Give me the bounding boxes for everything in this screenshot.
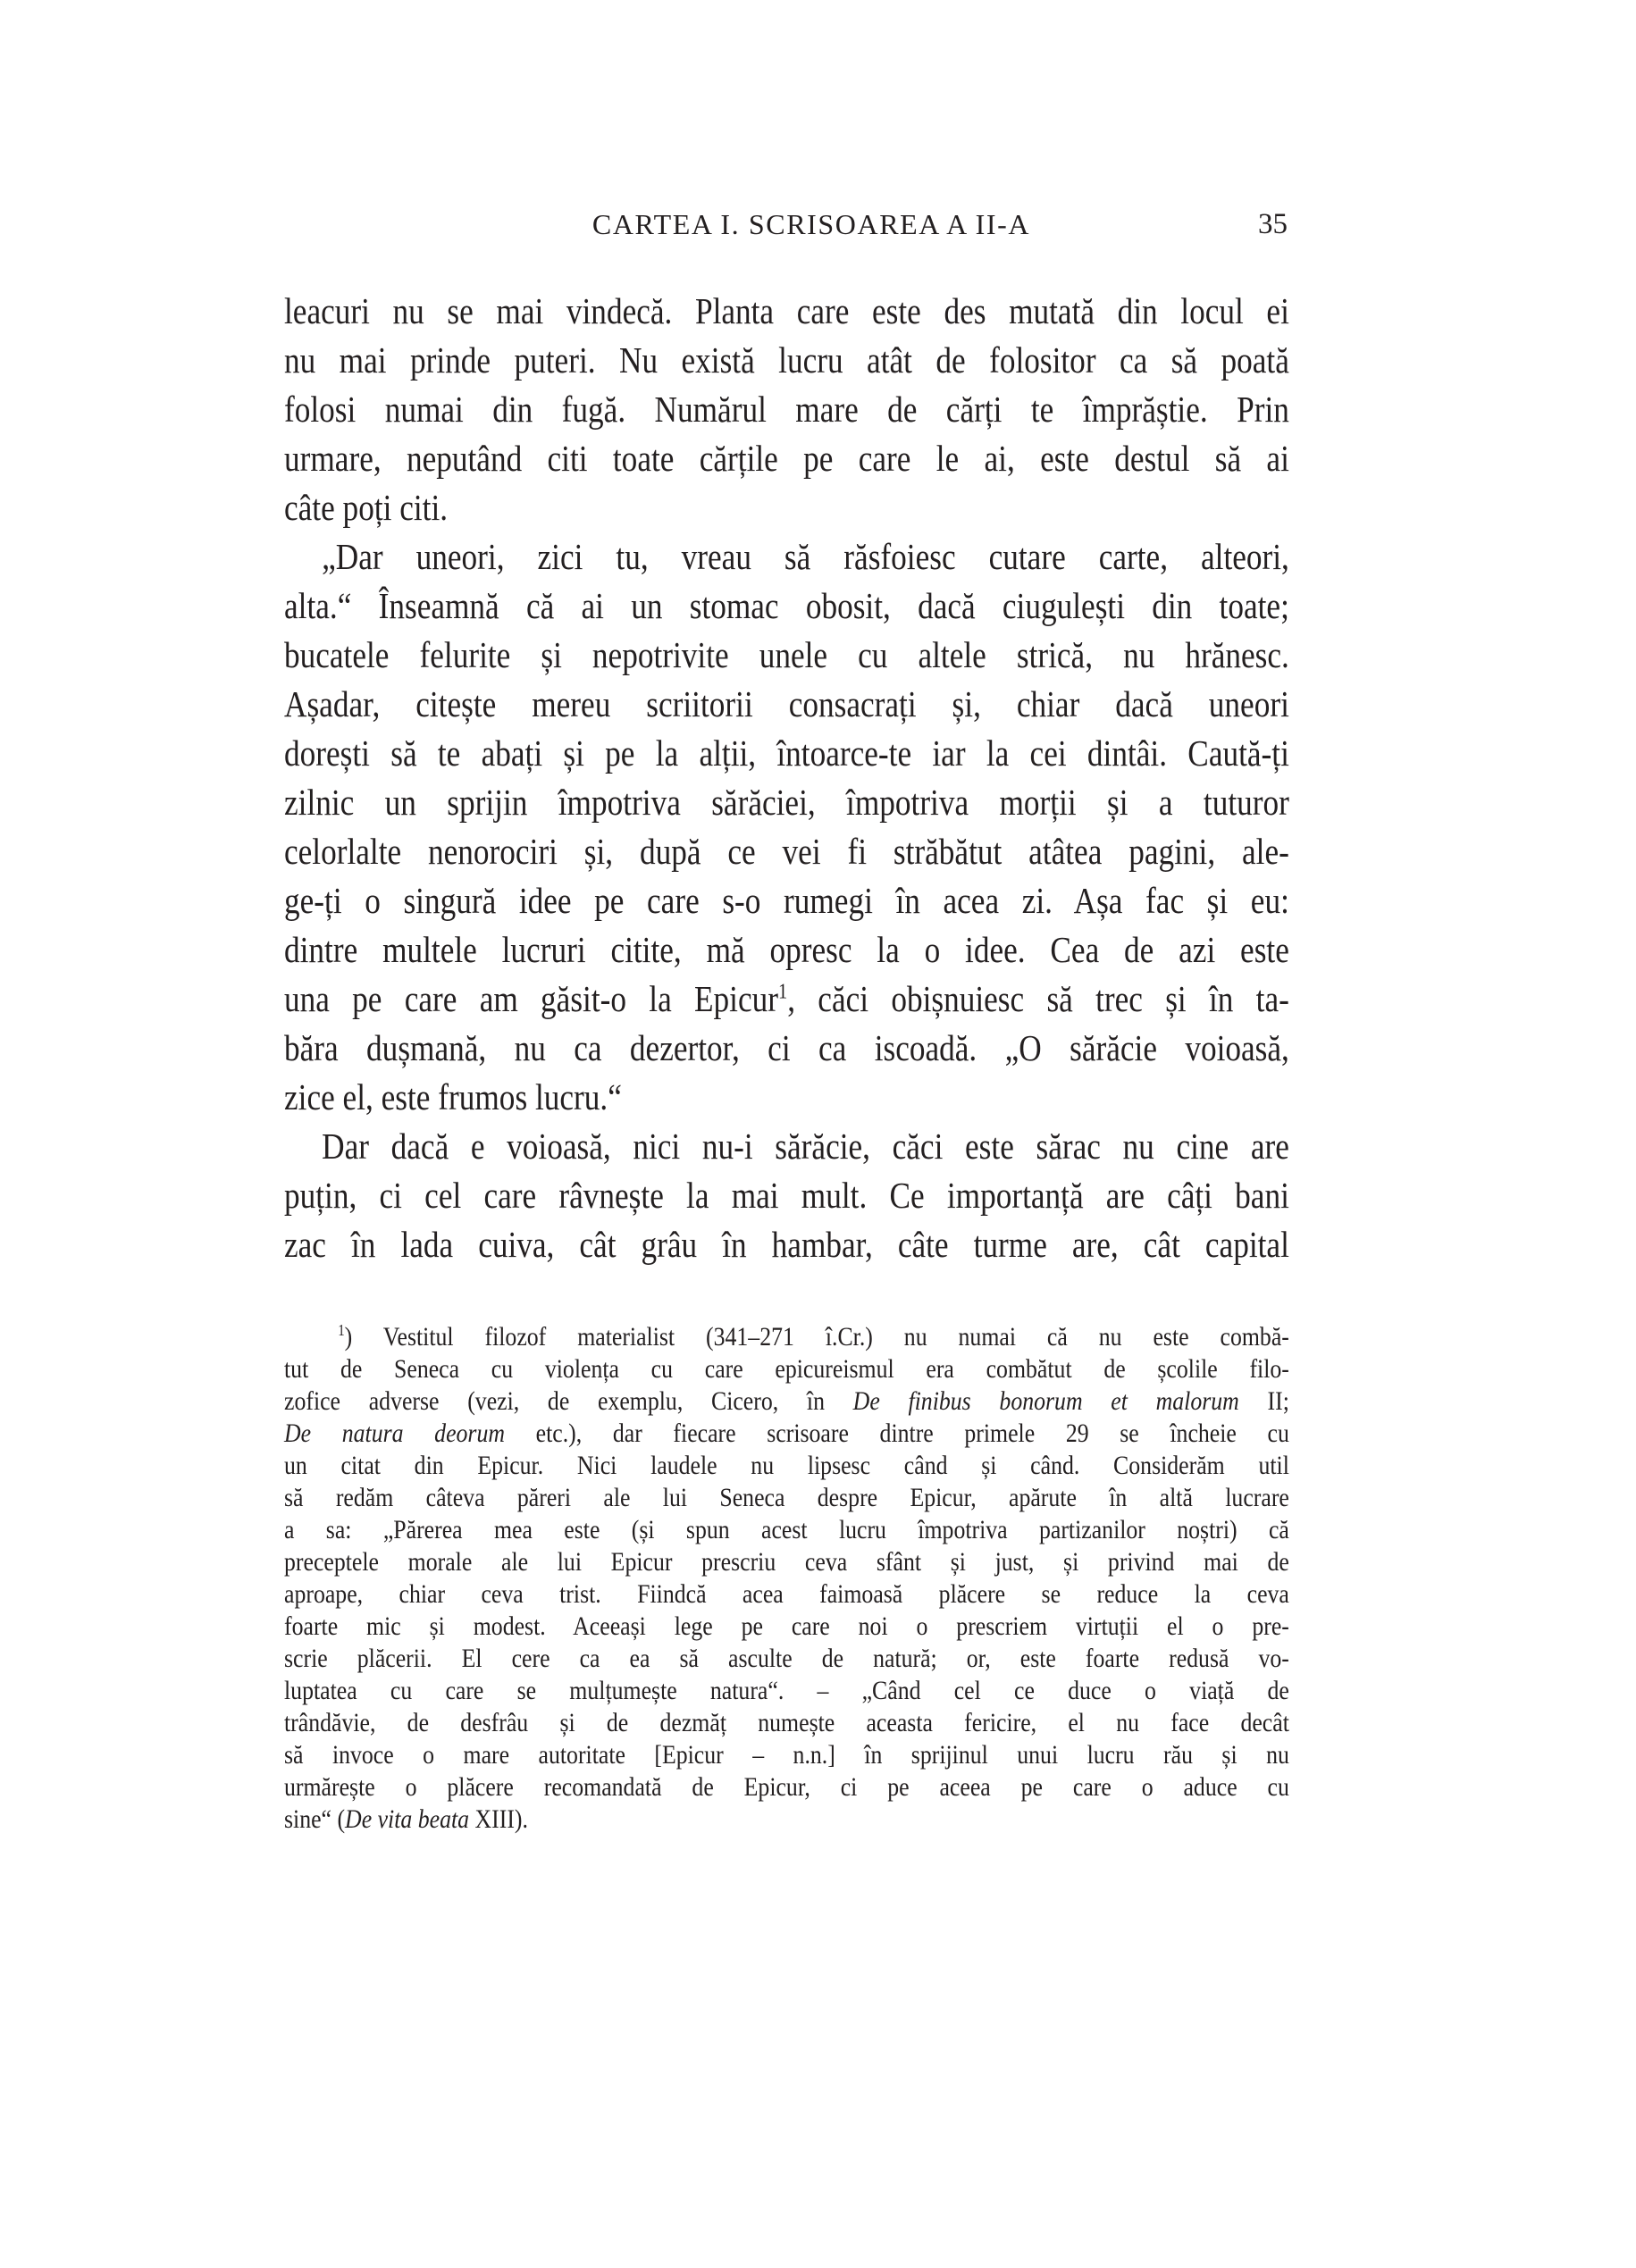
italic-title-text: De finibus bonorum et malorum: [853, 1386, 1239, 1416]
footnote-line: luptatea cu care se mulțumește natura“. …: [284, 1675, 1289, 1707]
body-line: Așadar, citește mereu scriitorii consacr…: [284, 680, 1289, 729]
running-head-title: CARTEA I. SCRISOAREA A II-A: [534, 206, 1088, 242]
text-segment: Așadar, citește mereu scriitorii consacr…: [284, 683, 1289, 724]
footnote-line: scrie plăcerii. El cere ca ea să asculte…: [284, 1643, 1289, 1675]
text-segment: alta.“ Înseamnă că ai un stomac obosit, …: [284, 585, 1289, 626]
text-segment: una pe care am găsit-o la Epicur: [284, 978, 778, 1019]
text-segment: băra dușmană, nu ca dezertor, ci ca isco…: [284, 1027, 1289, 1068]
italic-title-text: De vita beata: [345, 1804, 469, 1834]
text-segment: zofice adverse (vezi, de exemplu, Cicero…: [284, 1386, 853, 1416]
text-segment: tut de Seneca cu violența cu care epicur…: [284, 1354, 1289, 1384]
text-segment: ) Vestitul filozof materialist (341–271 …: [345, 1322, 1289, 1352]
body-line: folosi numai din fugă. Numărul mare de c…: [284, 385, 1289, 434]
footnote-line: aproape, chiar ceva trist. Fiindcă acea …: [284, 1578, 1289, 1611]
book-page: CARTEA I. SCRISOAREA A II-A 35 leacuri n…: [0, 0, 1636, 2268]
footnote-number: 1: [338, 1321, 344, 1339]
text-segment: , căci obișnuiesc să trec și în ta-: [787, 978, 1289, 1019]
body-line: zilnic un sprijin împotriva sărăciei, îm…: [284, 778, 1289, 827]
text-segment: Dar dacă e voioasă, nici nu-i sărăcie, c…: [322, 1126, 1289, 1167]
text-segment: dintre multele lucruri citite, mă opresc…: [284, 929, 1289, 970]
body-line: zac în lada cuiva, cât grâu în hambar, c…: [284, 1220, 1289, 1269]
body-line: Dar dacă e voioasă, nici nu-i sărăcie, c…: [284, 1122, 1289, 1171]
body-line: „Dar uneori, zici tu, vreau să răsfoiesc…: [284, 532, 1289, 582]
italic-title-text: De natura deorum: [284, 1419, 505, 1448]
footnote-reference-marker[interactable]: 1: [778, 980, 787, 1003]
footnote-line: 1) Vestitul filozof materialist (341–271…: [284, 1321, 1289, 1353]
text-segment: zice el, este frumos lucru.“: [284, 1076, 622, 1117]
footnote-line: să redăm câteva păreri ale lui Seneca de…: [284, 1482, 1289, 1514]
text-segment: a sa: „Părerea mea este (și spun acest l…: [284, 1515, 1289, 1544]
footnote-line: să invoce o mare autoritate [Epicur – n.…: [284, 1739, 1289, 1771]
page-number: 35: [1198, 206, 1288, 242]
body-line: dorești să te abați și pe la alții, înto…: [284, 729, 1289, 778]
body-line: leacuri nu se mai vindecă. Planta care e…: [284, 287, 1289, 336]
text-segment: zilnic un sprijin împotriva sărăciei, îm…: [284, 782, 1289, 823]
text-segment: sine“ (: [284, 1804, 345, 1834]
text-segment: zac în lada cuiva, cât grâu în hambar, c…: [284, 1224, 1289, 1265]
text-segment: leacuri nu se mai vindecă. Planta care e…: [284, 290, 1289, 331]
text-segment: urmare, neputând citi toate cărțile pe c…: [284, 438, 1289, 479]
footnote-line: preceptele morale ale lui Epicur prescri…: [284, 1546, 1289, 1578]
body-line: celorlalte nenorociri și, după ce vei fi…: [284, 827, 1289, 876]
text-segment: luptatea cu care se mulțumește natura“. …: [284, 1676, 1289, 1705]
text-segment: urmărește o plăcere recomandată de Epicu…: [284, 1772, 1289, 1802]
text-segment: etc.), dar fiecare scrisoare dintre prim…: [505, 1419, 1289, 1448]
footnote-line: trândăvie, de desfrâu și de dezmăț numeș…: [284, 1707, 1289, 1739]
text-segment: folosi numai din fugă. Numărul mare de c…: [284, 389, 1289, 430]
body-line: una pe care am găsit-o la Epicur1, căci …: [284, 975, 1289, 1024]
text-segment: nu mai prinde puteri. Nu există lucru at…: [284, 339, 1289, 381]
body-line: ge-ți o singură idee pe care s-o rumegi …: [284, 876, 1289, 925]
text-segment: câte poți citi.: [284, 487, 448, 528]
footnote-line: zofice adverse (vezi, de exemplu, Cicero…: [284, 1385, 1289, 1418]
text-segment: puțin, ci cel care râvnește la mai mult.…: [284, 1175, 1289, 1216]
text-segment: dorești să te abați și pe la alții, înto…: [284, 732, 1289, 774]
body-line: urmare, neputând citi toate cărțile pe c…: [284, 434, 1289, 483]
footnotes: 1) Vestitul filozof materialist (341–271…: [284, 1321, 1289, 1836]
text-segment: ge-ți o singură idee pe care s-o rumegi …: [284, 880, 1289, 921]
body-line: zice el, este frumos lucru.“: [284, 1073, 1289, 1122]
footnote-line: urmărește o plăcere recomandată de Epicu…: [284, 1771, 1289, 1804]
body-line: câte poți citi.: [284, 483, 1289, 532]
footnote-line: un citat din Epicur. Nici laudele nu lip…: [284, 1450, 1289, 1482]
footnote-line: a sa: „Părerea mea este (și spun acest l…: [284, 1514, 1289, 1546]
body-line: nu mai prinde puteri. Nu există lucru at…: [284, 336, 1289, 385]
footnote-line: tut de Seneca cu violența cu care epicur…: [284, 1353, 1289, 1385]
text-segment: trândăvie, de desfrâu și de dezmăț numeș…: [284, 1708, 1289, 1737]
body-line: băra dușmană, nu ca dezertor, ci ca isco…: [284, 1024, 1289, 1073]
body-text: leacuri nu se mai vindecă. Planta care e…: [284, 287, 1289, 1269]
text-segment: bucatele felurite și nepotrivite unele c…: [284, 634, 1289, 675]
body-line: puțin, ci cel care râvnește la mai mult.…: [284, 1171, 1289, 1220]
text-segment: un citat din Epicur. Nici laudele nu lip…: [284, 1451, 1289, 1480]
body-line: dintre multele lucruri citite, mă opresc…: [284, 925, 1289, 975]
body-line: bucatele felurite și nepotrivite unele c…: [284, 631, 1289, 680]
text-segment: aproape, chiar ceva trist. Fiindcă acea …: [284, 1579, 1289, 1609]
text-segment: „Dar uneori, zici tu, vreau să răsfoiesc…: [322, 536, 1289, 577]
text-segment: preceptele morale ale lui Epicur prescri…: [284, 1547, 1289, 1577]
body-line: alta.“ Înseamnă că ai un stomac obosit, …: [284, 582, 1289, 631]
text-segment: să redăm câteva păreri ale lui Seneca de…: [284, 1483, 1289, 1512]
text-segment: să invoce o mare autoritate [Epicur – n.…: [284, 1740, 1289, 1770]
text-segment: XIII).: [469, 1804, 528, 1834]
footnote-line: sine“ (De vita beata XIII).: [284, 1804, 1289, 1836]
text-segment: scrie plăcerii. El cere ca ea să asculte…: [284, 1644, 1289, 1673]
footnote-line: De natura deorum etc.), dar fiecare scri…: [284, 1418, 1289, 1450]
text-segment: II;: [1239, 1386, 1289, 1416]
text-segment: celorlalte nenorociri și, după ce vei fi…: [284, 831, 1289, 872]
text-segment: foarte mic și modest. Aceeași lege pe ca…: [284, 1611, 1289, 1641]
footnote-line: foarte mic și modest. Aceeași lege pe ca…: [284, 1611, 1289, 1643]
